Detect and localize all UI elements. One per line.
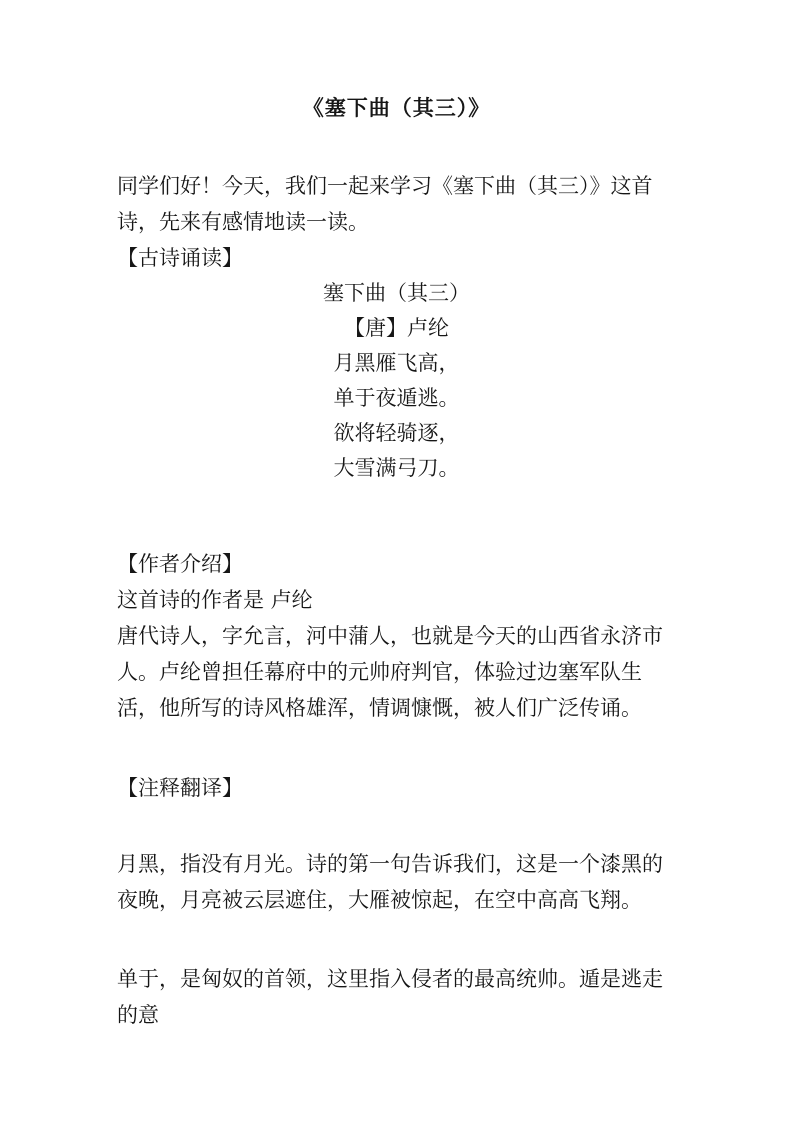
section-header-author: 【作者介绍】: [117, 546, 676, 582]
poem-block: 塞下曲（其三） 【唐】卢纶 月黑雁飞高， 单于夜遁逃。 欲将轻骑逐， 大雪满弓刀…: [117, 276, 676, 486]
document-title: 《塞下曲（其三）》: [117, 96, 676, 120]
poem-title: 塞下曲（其三）: [117, 276, 676, 311]
note-paragraph-chanyu: 单于，是匈奴的首领，这里指入侵者的最高统帅。遁是逃走的意: [117, 961, 676, 1033]
poem-verse-3: 欲将轻骑逐，: [117, 416, 676, 451]
section-header-notes: 【注释翻译】: [117, 770, 676, 806]
poem-verse-1: 月黑雁飞高，: [117, 346, 676, 381]
author-lead-line: 这首诗的作者是 卢纶: [117, 582, 676, 618]
document-page: 《塞下曲（其三）》 同学们好！今天，我们一起来学习《塞下曲（其三）》这首诗，先来…: [0, 0, 793, 1123]
poem-author: 【唐】卢纶: [117, 311, 676, 346]
section-header-recite: 【古诗诵读】: [117, 240, 676, 276]
author-bio-paragraph: 唐代诗人，字允言，河中蒲人，也就是今天的山西省永济市人。卢纶曾担任幕府中的元帅府…: [117, 618, 676, 726]
poem-verse-4: 大雪满弓刀。: [117, 451, 676, 486]
poem-verse-2: 单于夜遁逃。: [117, 381, 676, 416]
intro-paragraph: 同学们好！今天，我们一起来学习《塞下曲（其三）》这首诗，先来有感情地读一读。: [117, 168, 676, 240]
note-paragraph-moonless: 月黑，指没有月光。诗的第一句告诉我们，这是一个漆黑的夜晚，月亮被云层遮住，大雁被…: [117, 846, 676, 918]
